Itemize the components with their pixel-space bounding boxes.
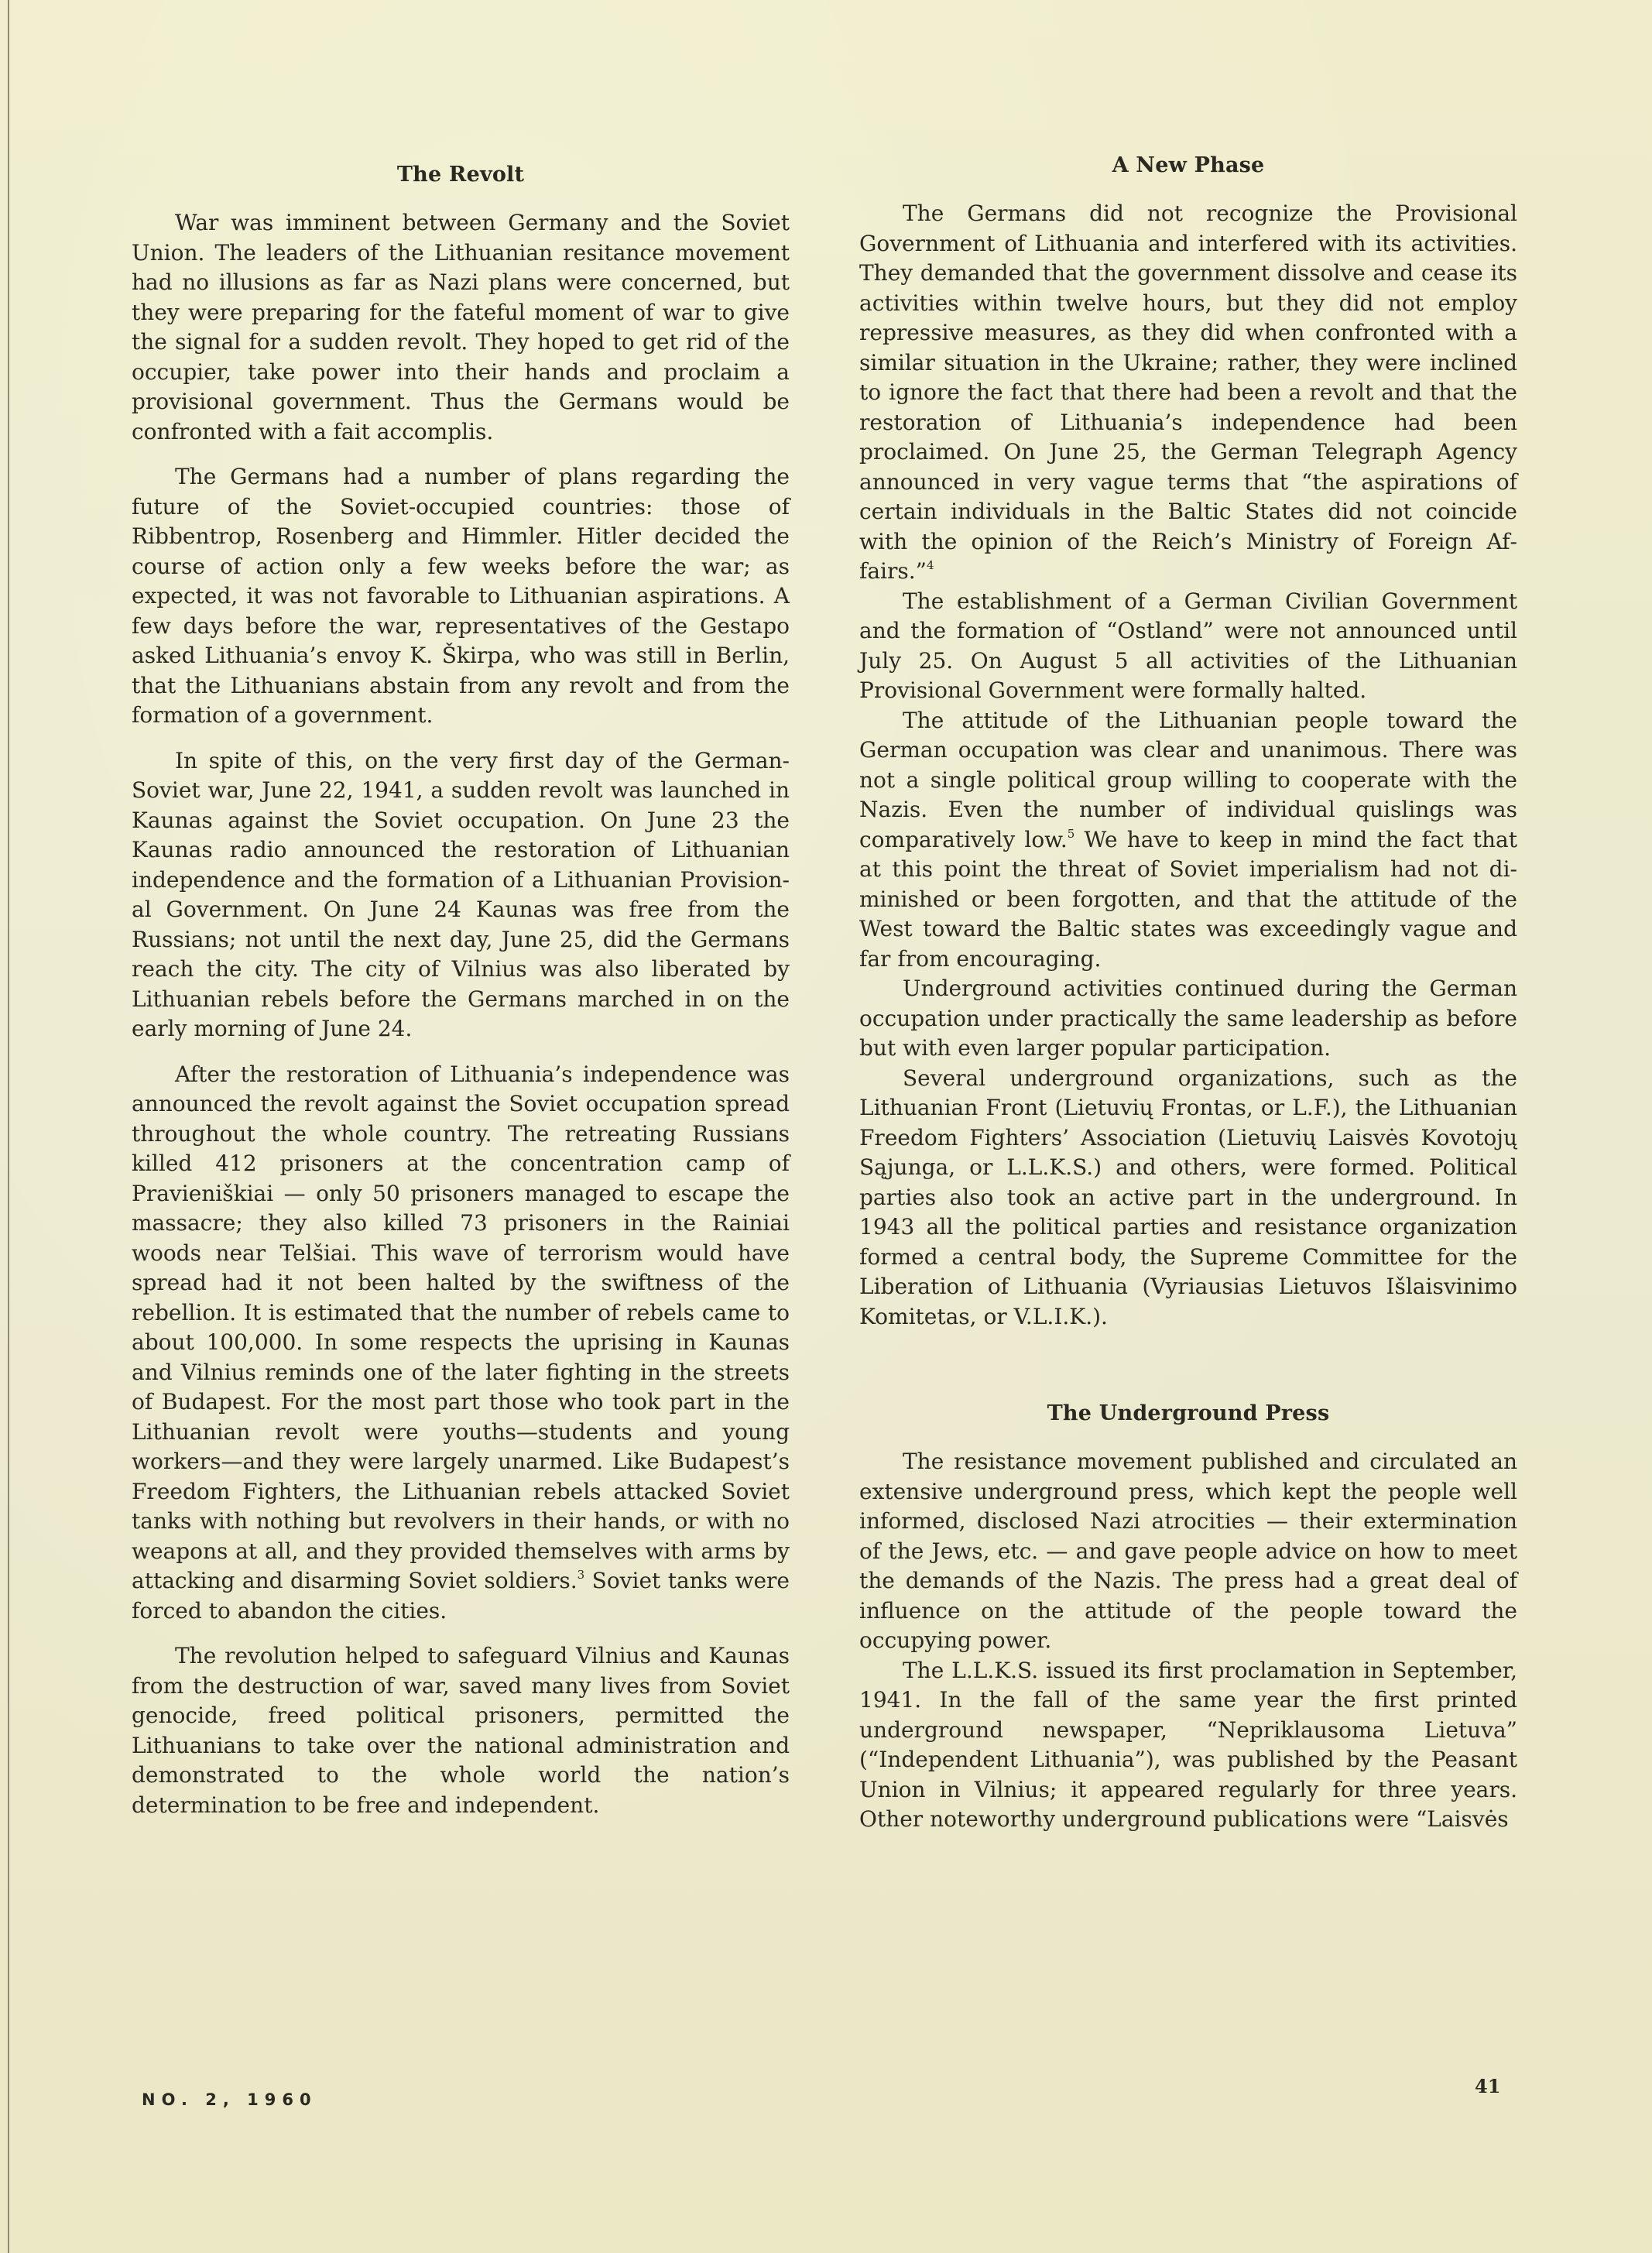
paragraph: The Germans did not recognize the Provis… <box>859 199 1517 587</box>
paragraph: Several underground organizations, such … <box>859 1064 1517 1332</box>
footnote-marker: 3 <box>578 1568 585 1582</box>
section-heading-the-underground-press: The Underground Press <box>859 1401 1517 1425</box>
paragraph: War was imminent between Germany and the… <box>132 208 790 447</box>
right-column: A New Phase The Germans did not recogniz… <box>859 153 1517 1835</box>
paragraph: The establishment of a German Civilian G… <box>859 587 1517 706</box>
paragraph-text: The Germans did not recognize the Provis… <box>859 201 1517 584</box>
paragraph: In spite of this, on the very first day … <box>132 746 790 1044</box>
issue-footer: NO. 2, 1960 <box>142 2090 317 2109</box>
left-column: The Revolt War was imminent between Germ… <box>132 163 790 1836</box>
paragraph: Underground activities continued during … <box>859 974 1517 1064</box>
paragraph: The revolution helped to safeguard Vilni… <box>132 1641 790 1820</box>
paragraph: After the restoration of Lithuania’s ind… <box>132 1060 790 1627</box>
section-heading-the-revolt: The Revolt <box>132 163 790 187</box>
magazine-page: The Revolt War was imminent between Germ… <box>0 0 1652 2253</box>
paragraph: The resistance movement published and ci… <box>859 1447 1517 1656</box>
paragraph: The Germans had a number of plans regard… <box>132 462 790 731</box>
paragraph-text: After the restoration of Lithuania’s ind… <box>132 1061 790 1594</box>
footnote-marker: 4 <box>927 558 934 572</box>
page-number: 41 <box>1475 2075 1500 2097</box>
section-heading-a-new-phase: A New Phase <box>859 153 1517 177</box>
paragraph: The L.L.K.S. issued its first proclamati… <box>859 1656 1517 1835</box>
binding-edge-line <box>8 0 9 2253</box>
footnote-marker: 5 <box>1068 827 1075 841</box>
paragraph: The attitude of the Lithuanian people to… <box>859 706 1517 975</box>
